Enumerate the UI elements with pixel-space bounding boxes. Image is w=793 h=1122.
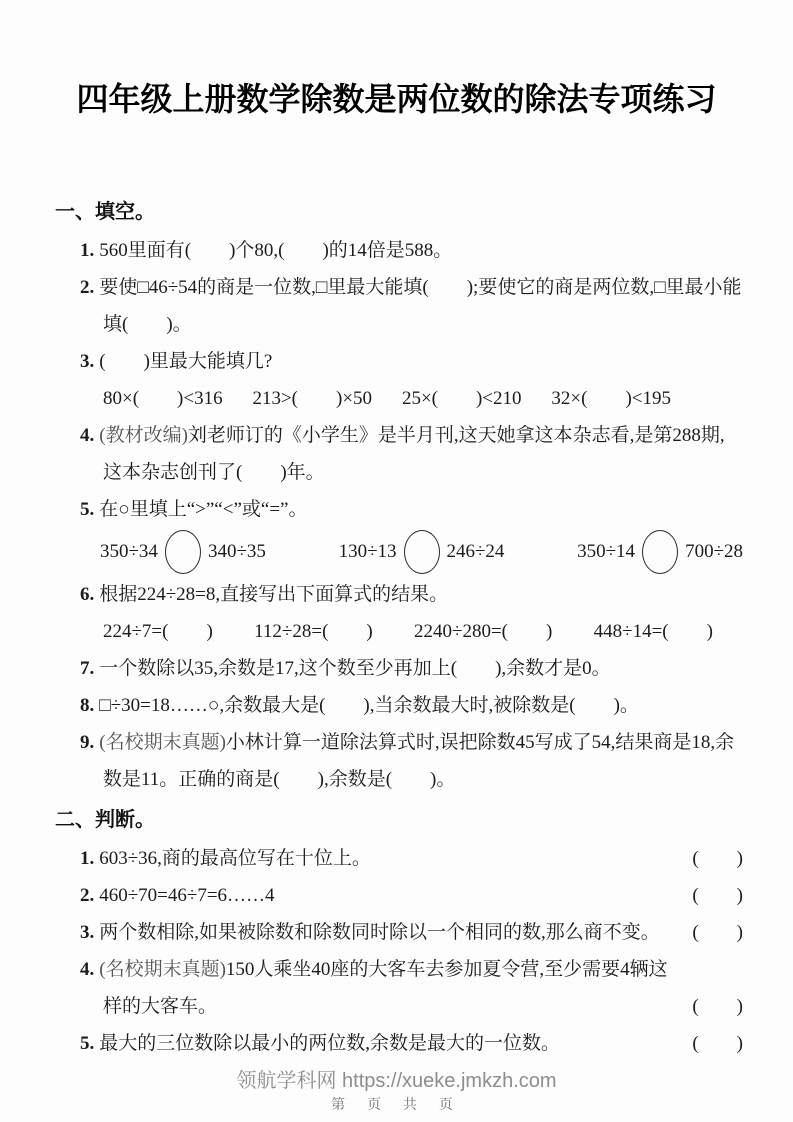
question-text: 603÷36,商的最高位写在十位上。	[99, 848, 371, 869]
comparison-right: 246÷24	[447, 541, 505, 563]
fill-question-1: 1.560里面有( )个80,( )的14倍是588。	[80, 232, 743, 269]
expression: 2240÷280=( )	[414, 613, 552, 650]
question-text: 要使□46÷54的商是一位数,□里最大能填( );要使它的商是两位数,□里最小能…	[99, 277, 741, 335]
question-number: 1.	[80, 240, 94, 261]
fill-question-7: 7.一个数除以35,余数是17,这个数至少再加上( ),余数才是0。	[80, 650, 743, 687]
fill-question-8: 8.□÷30=18……○,余数最大是( ),当余数最大时,被除数是( )。	[80, 687, 743, 724]
question-text: 在○里填上“>”“<”或“=”。	[99, 499, 307, 520]
expression: 25×( )<210	[402, 380, 522, 417]
worksheet-page: 四年级上册数学除数是两位数的除法专项练习 一、填空。 1.560里面有( )个8…	[0, 0, 793, 1122]
question-text: 一个数除以35,余数是17,这个数至少再加上( ),余数才是0。	[99, 658, 610, 679]
question-body: 3.两个数相除,如果被除数和除数同时除以一个相同的数,那么商不变。	[80, 914, 686, 951]
expression: 224÷7=( )	[103, 613, 213, 650]
question-number: 7.	[80, 658, 94, 679]
judge-question-1: 1.603÷36,商的最高位写在十位上。 ( )	[80, 840, 743, 877]
comparison-item: 350÷14 700÷28	[577, 530, 743, 574]
question-text: 刘老师订的《小学生》是半月刊,这天她拿这本杂志看,是第288期,这本杂志创刊了(…	[103, 425, 725, 483]
fill-question-3-expressions: 80×( )<316 213>( )×50 25×( )<210 32×( )<…	[103, 380, 671, 417]
fill-question-5-comparisons: 350÷34 340÷35 130÷13 246÷24 350÷14 700÷2…	[100, 528, 743, 576]
question-number: 4.	[80, 425, 94, 446]
section-heading-judge: 二、判断。	[55, 800, 743, 840]
question-number: 2.	[80, 885, 94, 906]
expression: 80×( )<316	[103, 380, 223, 417]
question-number: 8.	[80, 695, 94, 716]
answer-parentheses: ( )	[686, 914, 743, 951]
fill-question-6-expressions: 224÷7=( ) 112÷28=( ) 2240÷280=( ) 448÷14…	[103, 613, 713, 650]
expression: 213>( )×50	[252, 380, 372, 417]
question-body: 5.最大的三位数除以最小的两位数,余数是最大的一位数。	[80, 1025, 686, 1062]
worksheet-content: 一、填空。 1.560里面有( )个80,( )的14倍是588。 2.要使□4…	[55, 192, 743, 1062]
answer-parentheses: ( )	[686, 988, 743, 1025]
judge-question-4: 4.(名校期末真题)150人乘坐40座的大客车去参加夏令营,至少需要4辆这样的大…	[80, 951, 743, 1025]
fill-question-3: 3.( )里最大能填几?	[80, 343, 743, 380]
question-text: 两个数相除,如果被除数和除数同时除以一个相同的数,那么商不变。	[99, 922, 660, 943]
comparison-circle	[404, 530, 440, 574]
question-number: 6.	[80, 584, 94, 605]
fill-question-6: 6.根据224÷28=8,直接写出下面算式的结果。	[80, 576, 743, 613]
section-heading-fill: 一、填空。	[55, 192, 743, 232]
question-number: 2.	[80, 277, 94, 298]
comparison-circle	[642, 530, 678, 574]
answer-parentheses: ( )	[686, 1025, 743, 1062]
question-body: 4.(名校期末真题)150人乘坐40座的大客车去参加夏令营,至少需要4辆这样的大…	[80, 951, 686, 1025]
footer-site-link: 领航学科网 https://xueke.jmkzh.com	[0, 1068, 793, 1094]
question-body: 1.603÷36,商的最高位写在十位上。	[80, 840, 686, 877]
question-tag: (教材改编)	[99, 425, 188, 446]
question-number: 5.	[80, 1033, 94, 1054]
footer-page-info: 第 页 共 页	[0, 1094, 793, 1114]
page-footer: 领航学科网 https://xueke.jmkzh.com 第 页 共 页	[0, 1068, 793, 1114]
comparison-left: 350÷34	[100, 541, 158, 563]
comparison-left: 350÷14	[577, 541, 635, 563]
question-text: 根据224÷28=8,直接写出下面算式的结果。	[99, 584, 448, 605]
judge-question-3: 3.两个数相除,如果被除数和除数同时除以一个相同的数,那么商不变。 ( )	[80, 914, 743, 951]
question-number: 4.	[80, 959, 94, 980]
expression: 32×( )<195	[551, 380, 671, 417]
question-number: 3.	[80, 922, 94, 943]
question-text: 最大的三位数除以最小的两位数,余数是最大的一位数。	[99, 1033, 560, 1054]
question-body: 2.460÷70=46÷7=6……4	[80, 877, 686, 914]
comparison-item: 350÷34 340÷35	[100, 530, 266, 574]
judge-question-5: 5.最大的三位数除以最小的两位数,余数是最大的一位数。 ( )	[80, 1025, 743, 1062]
question-tag: (名校期末真题)	[99, 732, 226, 753]
fill-question-9: 9.(名校期末真题)小林计算一道除法算式时,误把除数45写成了54,结果商是18…	[80, 724, 743, 798]
question-text: 560里面有( )个80,( )的14倍是588。	[99, 240, 452, 261]
question-number: 9.	[80, 732, 94, 753]
page-title: 四年级上册数学除数是两位数的除法专项练习	[0, 0, 793, 120]
question-text: 460÷70=46÷7=6……4	[99, 885, 274, 906]
comparison-left: 130÷13	[339, 541, 397, 563]
expression: 448÷14=( )	[594, 613, 713, 650]
answer-parentheses: ( )	[686, 840, 743, 877]
question-number: 5.	[80, 499, 94, 520]
answer-parentheses: ( )	[686, 877, 743, 914]
question-tag: (名校期末真题)	[99, 959, 226, 980]
expression: 112÷28=( )	[254, 613, 373, 650]
judge-question-2: 2.460÷70=46÷7=6……4 ( )	[80, 877, 743, 914]
fill-question-2: 2.要使□46÷54的商是一位数,□里最大能填( );要使它的商是两位数,□里最…	[80, 269, 743, 343]
comparison-right: 340÷35	[208, 541, 266, 563]
fill-question-4: 4.(教材改编)刘老师订的《小学生》是半月刊,这天她拿这本杂志看,是第288期,…	[80, 417, 743, 491]
question-number: 3.	[80, 351, 94, 372]
question-number: 1.	[80, 848, 94, 869]
fill-question-5: 5.在○里填上“>”“<”或“=”。	[80, 491, 743, 528]
question-text: ( )里最大能填几?	[99, 351, 272, 372]
comparison-item: 130÷13 246÷24	[339, 530, 505, 574]
question-text: □÷30=18……○,余数最大是( ),当余数最大时,被除数是( )。	[99, 695, 639, 716]
comparison-circle	[165, 530, 201, 574]
comparison-right: 700÷28	[685, 541, 743, 563]
